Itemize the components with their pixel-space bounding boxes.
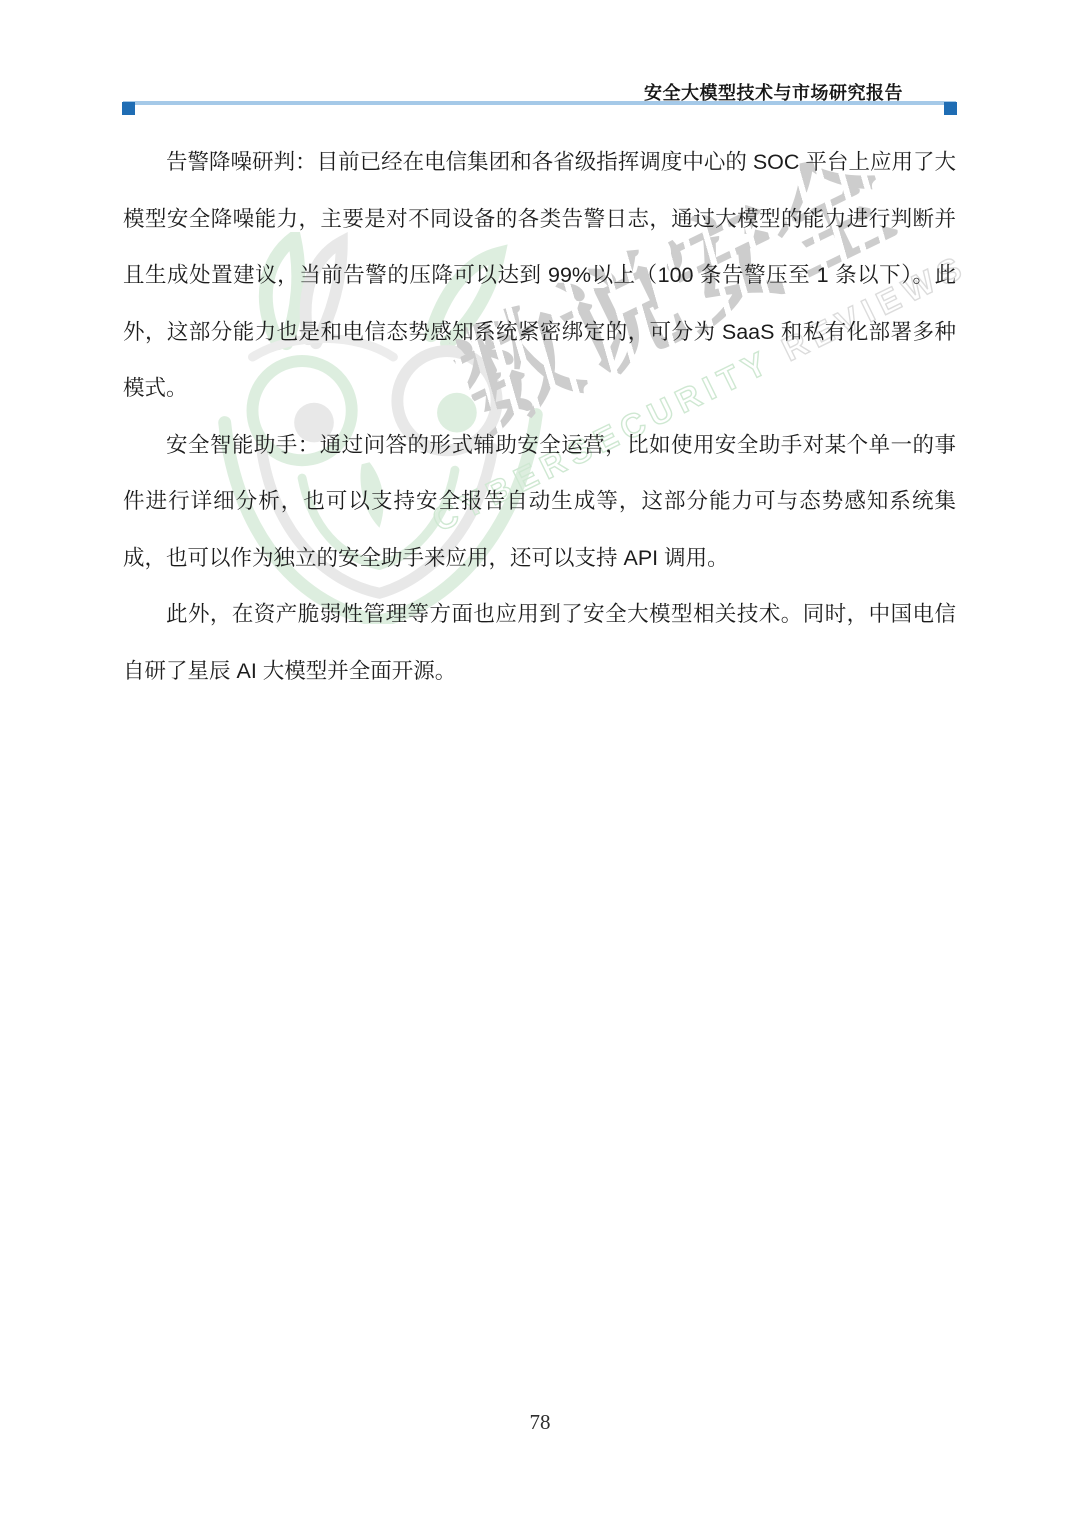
paragraph-asset-vulnerability: 此外，在资产脆弱性管理等方面也应用到了安全大模型相关技术。同时，中国电信自研了星… bbox=[123, 586, 956, 699]
paragraph-alert-noise-reduction: 告警降噪研判：目前已经在电信集团和各省级指挥调度中心的 SOC 平台上应用了大模… bbox=[123, 134, 956, 417]
header-rule-right-square bbox=[944, 102, 957, 115]
page-footer: 78 bbox=[0, 1410, 1080, 1435]
header-rule-left-square bbox=[122, 102, 135, 115]
header-rule bbox=[123, 101, 956, 105]
paragraph-security-assistant: 安全智能助手：通过问答的形式辅助安全运营，比如使用安全助手对某个单一的事件进行详… bbox=[123, 417, 956, 587]
document-page: 数说安全 CYBERSECURITY REVIEWS 安全大模型技术与市场研究报… bbox=[0, 0, 1080, 1527]
page-content: 告警降噪研判：目前已经在电信集团和各省级指挥调度中心的 SOC 平台上应用了大模… bbox=[123, 134, 956, 699]
page-number: 78 bbox=[530, 1410, 551, 1435]
